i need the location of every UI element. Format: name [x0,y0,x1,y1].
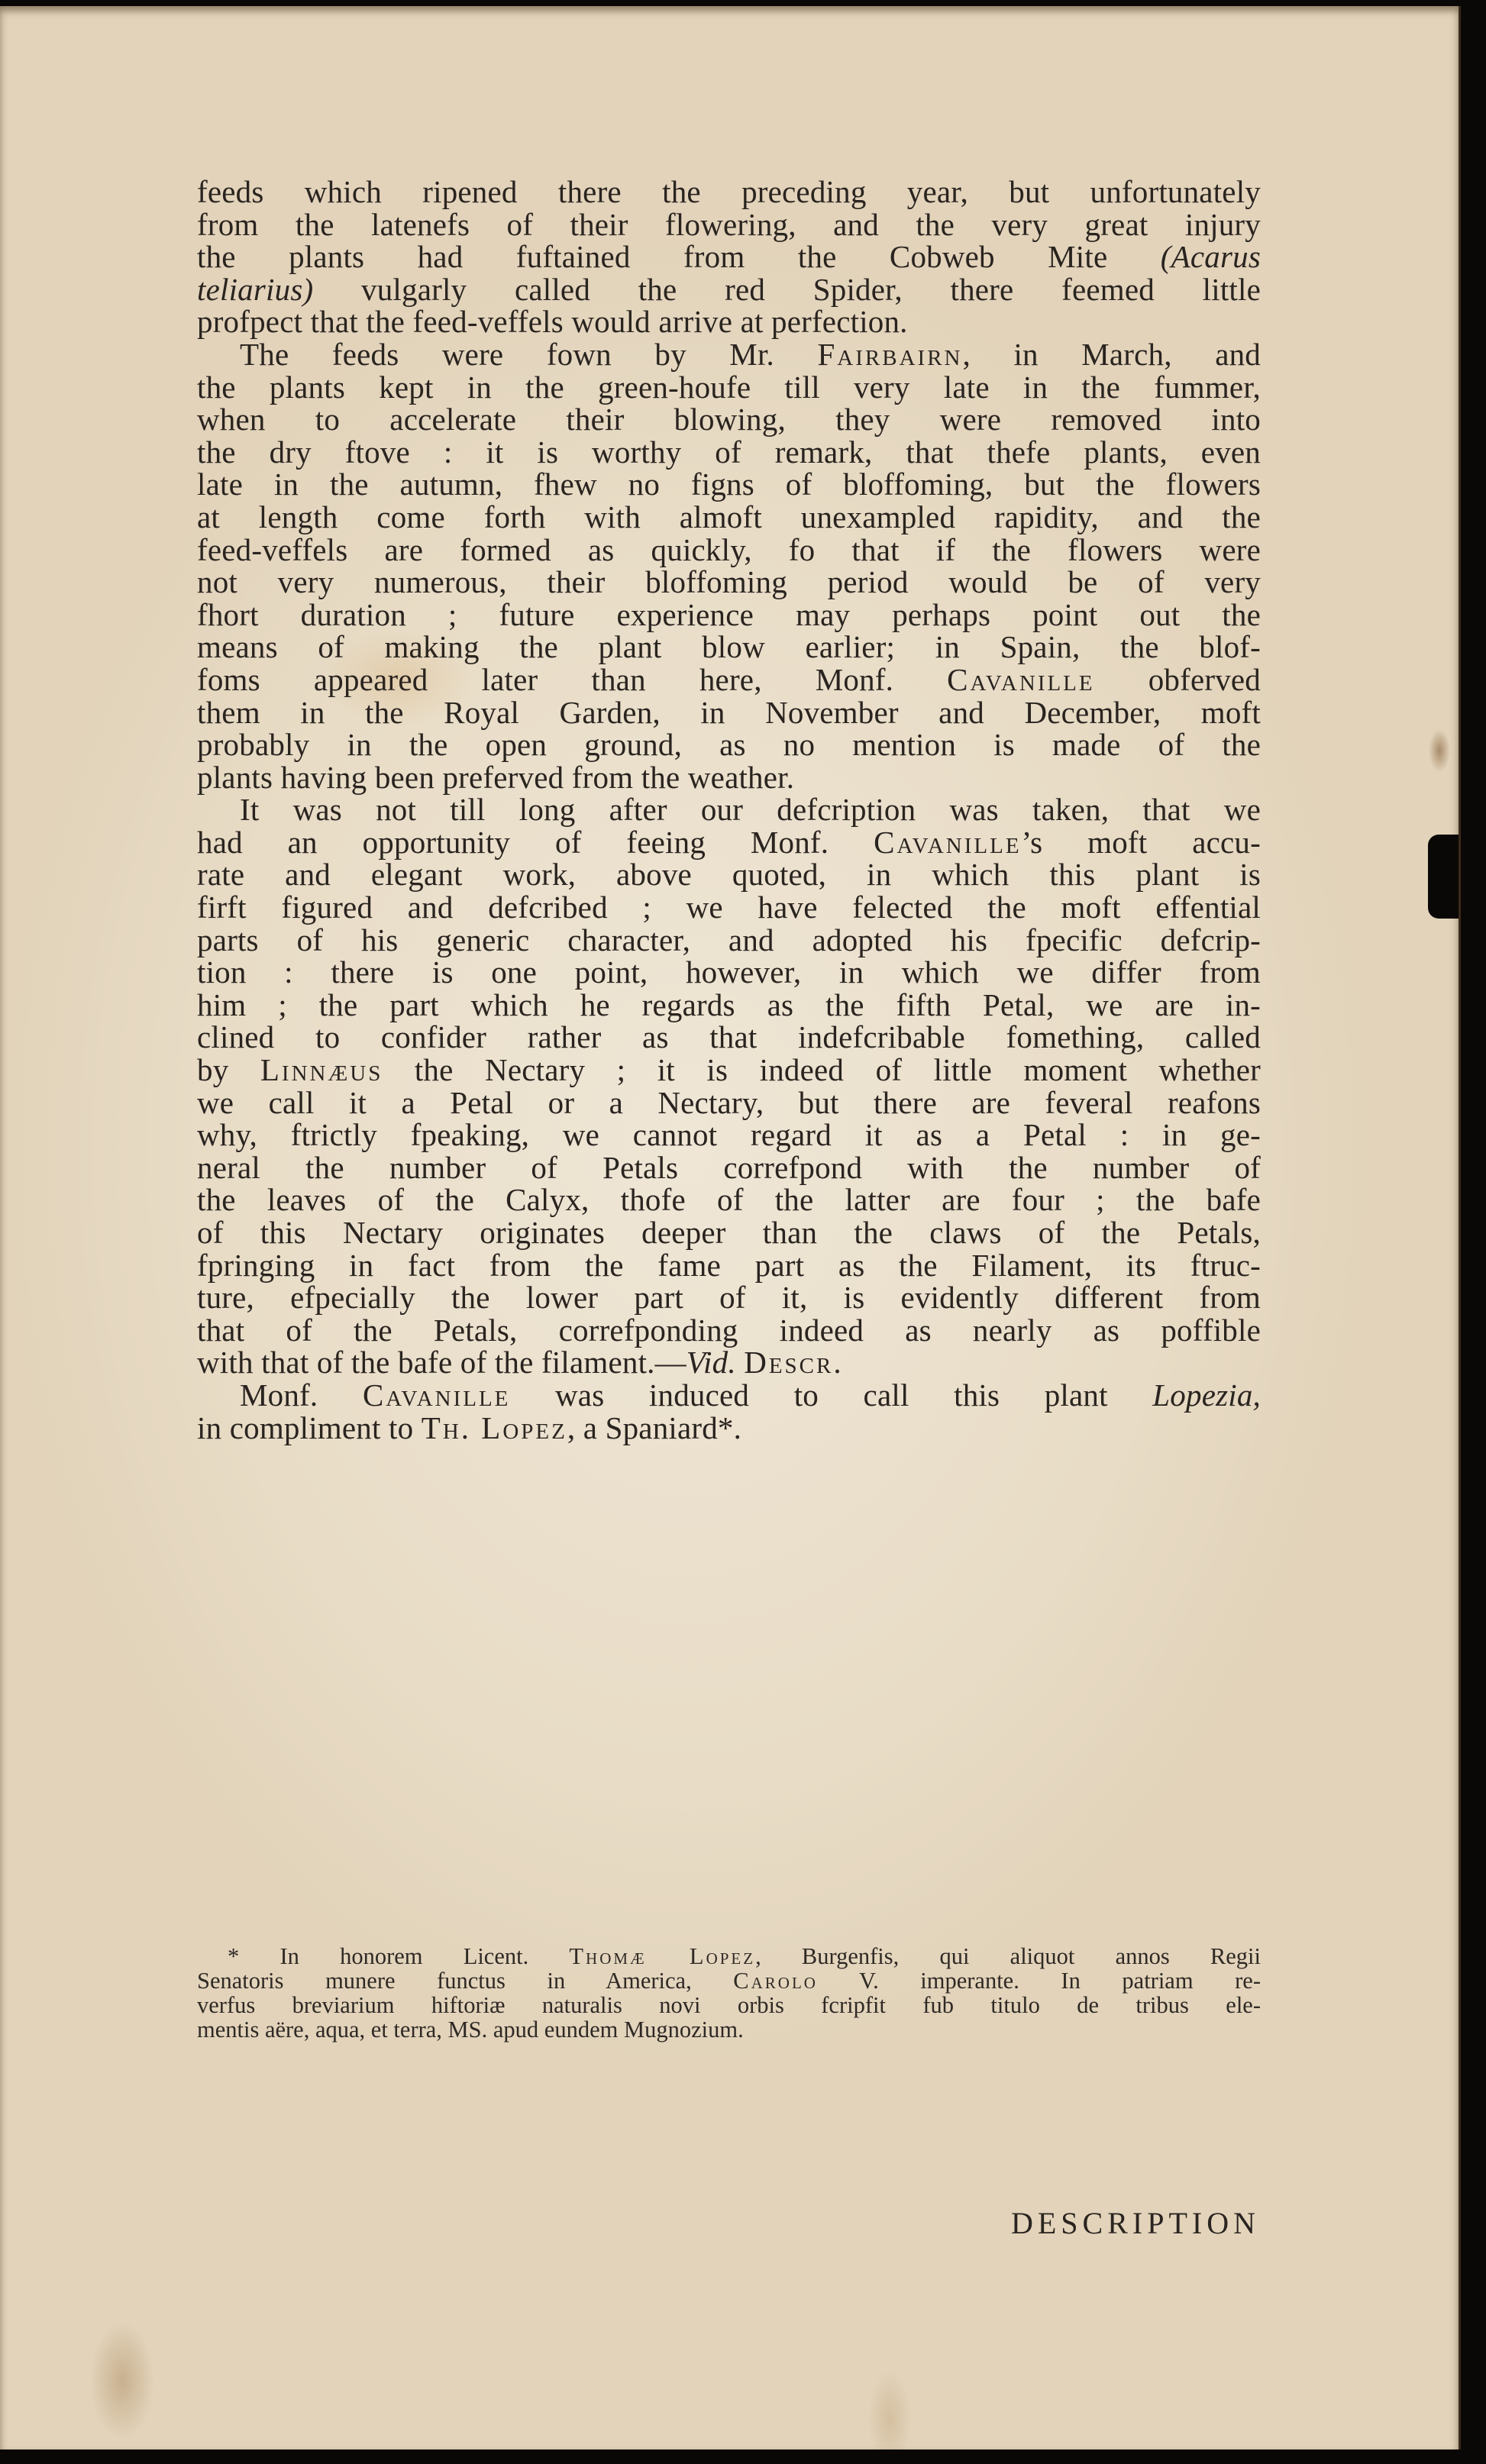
text-line: the leaves of the Calyx, thofe of the la… [197,1184,1261,1216]
footnote-line: * In honorem Licent. Thomæ Lopez, Burgen… [197,1944,1261,1968]
text-line: the dry ftove : it is worthy of remark, … [197,436,1261,469]
text-line: fhort duration ; future experience may p… [197,599,1261,631]
footnote-line: verfus breviarium hiftoriæ naturalis nov… [197,1993,1261,2017]
text-line: firft figured and defcribed ; we have fe… [197,891,1261,924]
text-line: feed-veffels are formed as quickly, fo t… [197,534,1261,567]
text-line: from the latenefs of their flowering, an… [197,208,1261,241]
text-line: means of making the plant blow earlier; … [197,631,1261,664]
text-line: The feeds were fown by Mr. Fairbairn, in… [197,338,1261,371]
text-line: foms appeared later than here, Monf. Cav… [197,664,1261,696]
text-line: feeds which ripened there the preceding … [197,176,1261,208]
text-line: parts of his generic character, and adop… [197,924,1261,957]
text-line: the plants had fuftained from the Cobweb… [197,241,1261,273]
text-line: fpringing in fact from the fame part as … [197,1249,1261,1282]
footnote: * In honorem Licent. Thomæ Lopez, Burgen… [197,1944,1261,2042]
text-line: late in the autumn, fhew no figns of blo… [197,468,1261,501]
text-line: probably in the open ground, as no menti… [197,728,1261,761]
book-page: feeds which ripened there the preceding … [0,6,1461,2449]
text-line: not very numerous, their bloffoming peri… [197,566,1261,599]
text-line: teliarius) vulgarly called the red Spide… [197,273,1261,306]
text-line: had an opportunity of feeing Monf. Cavan… [197,826,1261,859]
text-line: that of the Petals, correfponding indeed… [197,1314,1261,1347]
text-line: ture, efpecially the lower part of it, i… [197,1281,1261,1314]
text-line: when to accelerate their blowing, they w… [197,403,1261,436]
body-text: feeds which ripened there the preceding … [197,176,1261,1444]
text-line: at length come forth with almoft unexamp… [197,501,1261,534]
text-line: It was not till long after our defcripti… [197,793,1261,826]
text-line: by Linnæus the Nectary ; it is indeed of… [197,1054,1261,1087]
footnote-line: mentis aëre, aqua, et terra, MS. apud eu… [197,2017,1261,2042]
text-line: him ; the part which he regards as the f… [197,989,1261,1022]
text-line: profpect that the feed-veffels would arr… [197,305,1261,338]
text-line: plants having been preferved from the we… [197,761,1261,794]
torn-edge [1428,835,1459,919]
text-line: them in the Royal Garden, in November an… [197,696,1261,729]
footnote-line: Senatoris munere functus in America, Car… [197,1968,1261,1993]
text-line: neral the number of Petals correfpond wi… [197,1151,1261,1184]
text-line: clined to confider rather as that indefc… [197,1021,1261,1054]
text-line: with that of the bafe of the filament.—V… [197,1346,1261,1379]
text-line: the plants kept in the green-houfe till … [197,371,1261,404]
text-line: rate and elegant work, above quoted, in … [197,858,1261,891]
text-line: we call it a Petal or a Nectary, but the… [197,1087,1261,1119]
text-line: in compliment to Th. Lopez, a Spaniard*. [197,1412,1261,1445]
text-line: why, ftrictly fpeaking, we cannot regard… [197,1119,1261,1151]
text-line: Monf. Cavanille was induced to call this… [197,1379,1261,1412]
text-line: tion : there is one point, however, in w… [197,956,1261,989]
catchword: DESCRIPTION [909,2205,1260,2241]
text-line: of this Nectary originates deeper than t… [197,1216,1261,1249]
